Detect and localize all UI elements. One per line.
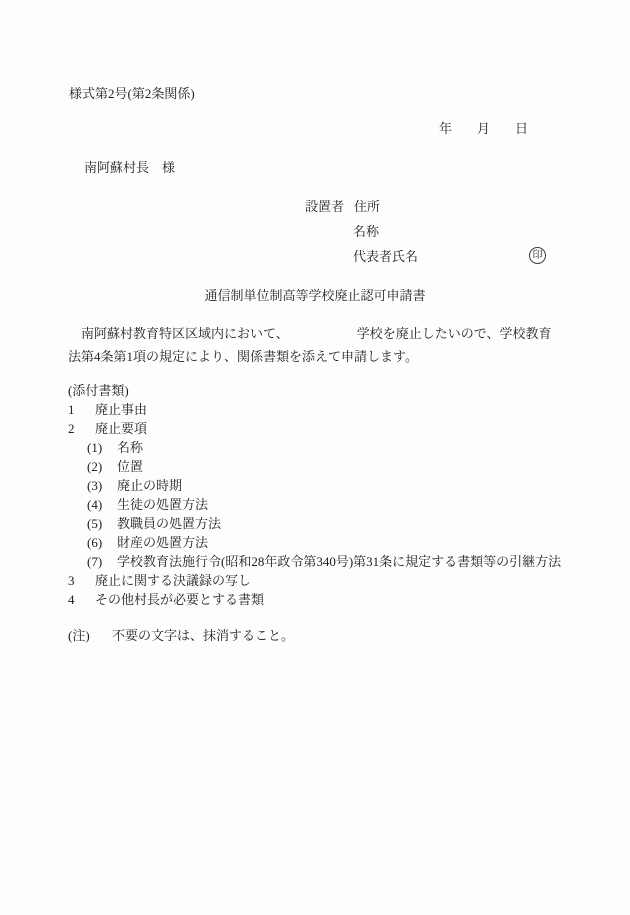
day-label: 日 [515,121,528,136]
body-paragraph: 南阿蘇村教育特区区域内において、学校を廃止したいので、学校教育 法第4条第1項の… [68,322,568,368]
attachment-item-number: (3) [87,476,117,495]
applicant-role-label: 設置者 [305,199,344,214]
name-label: 名称 [353,224,379,239]
attachment-item-text: 財産の処置方法 [117,535,208,550]
attachment-item: 2廃止要項 [68,419,561,438]
attachment-item-number: (6) [87,533,117,552]
attachment-item: 1廃止事由 [68,400,561,419]
attachment-item-number: (4) [87,495,117,514]
body-line-1: 南阿蘇村教育特区区域内において、学校を廃止したいので、学校教育 [68,322,568,345]
attachment-item-text: 廃止要項 [95,421,147,436]
attachment-item-number: (2) [87,457,117,476]
attachment-subitem: (3)廃止の時期 [68,476,561,495]
footnote-label: (注) [68,627,112,645]
addressee: 南阿蘇村長 様 [84,159,175,177]
applicant-name-row: 名称 [305,223,585,240]
attachment-item-text: 廃止に関する決議録の写し [95,573,251,588]
attachment-item-text: 廃止の時期 [117,478,182,493]
attachment-item-number: 3 [68,571,95,590]
attachments-heading: (添付書類) [68,381,561,400]
document-title: 通信制単位制高等学校廃止認可申請書 [0,287,630,305]
attachment-item-number: 4 [68,590,95,609]
attachment-item-number: 1 [68,400,95,419]
attachment-subitem: (6)財産の処置方法 [68,533,561,552]
attachment-item-text: 学校教育法施行令(昭和28年政令第340号)第31条に規定する書類等の引継方法 [117,554,561,569]
attachment-subitem: (4)生徒の処置方法 [68,495,561,514]
body-line1-after: 学校を廃止したいので、学校教育 [357,326,552,341]
date-line: 年月日 [439,120,528,138]
attachment-item-text: 廃止事由 [95,402,147,417]
month-label: 月 [477,121,490,136]
year-label: 年 [439,121,452,136]
document-page: { "colors": { "paper": "#fdfdfd", "ink":… [0,0,630,915]
attachment-item-number: 2 [68,419,95,438]
attachment-item-text: 位置 [117,459,143,474]
address-label: 住所 [354,199,380,214]
attachment-subitem: (5)教職員の処置方法 [68,514,561,533]
attachment-item-number: (5) [87,514,117,533]
attachment-item-text: 教職員の処置方法 [117,516,221,531]
footnote: (注)不要の文字は、抹消すること。 [68,627,294,645]
body-line-2: 法第4条第1項の規定により、関係書類を添えて申請します。 [68,345,568,368]
attachment-item-text: 名称 [117,440,143,455]
school-name-blank [289,337,357,338]
attachment-subitem: (7)学校教育法施行令(昭和28年政令第340号)第31条に規定する書類等の引継… [68,552,561,571]
seal-mark: 印 [529,247,546,264]
attachment-subitem: (2)位置 [68,457,561,476]
applicant-block: 設置者住所 名称 代表者氏名 印 [305,198,585,273]
applicant-address-row: 設置者住所 [305,198,585,215]
attachment-item-text: 生徒の処置方法 [117,497,208,512]
attachment-item-text: その他村長が必要とする書類 [95,592,264,607]
attachment-item-number: (7) [87,552,117,571]
attachment-subitem: (1)名称 [68,438,561,457]
representative-label: 代表者氏名 [353,249,418,264]
attachment-item: 4その他村長が必要とする書類 [68,590,561,609]
attachment-item: 3廃止に関する決議録の写し [68,571,561,590]
attachments-list: (添付書類) 1廃止事由 2廃止要項 (1)名称 (2)位置 (3)廃止の時期 … [68,381,561,609]
footnote-text: 不要の文字は、抹消すること。 [112,628,294,643]
form-number: 様式第2号(第2条関係) [69,85,195,103]
attachment-item-number: (1) [87,438,117,457]
body-line1-before: 南阿蘇村教育特区区域内において、 [68,326,289,341]
